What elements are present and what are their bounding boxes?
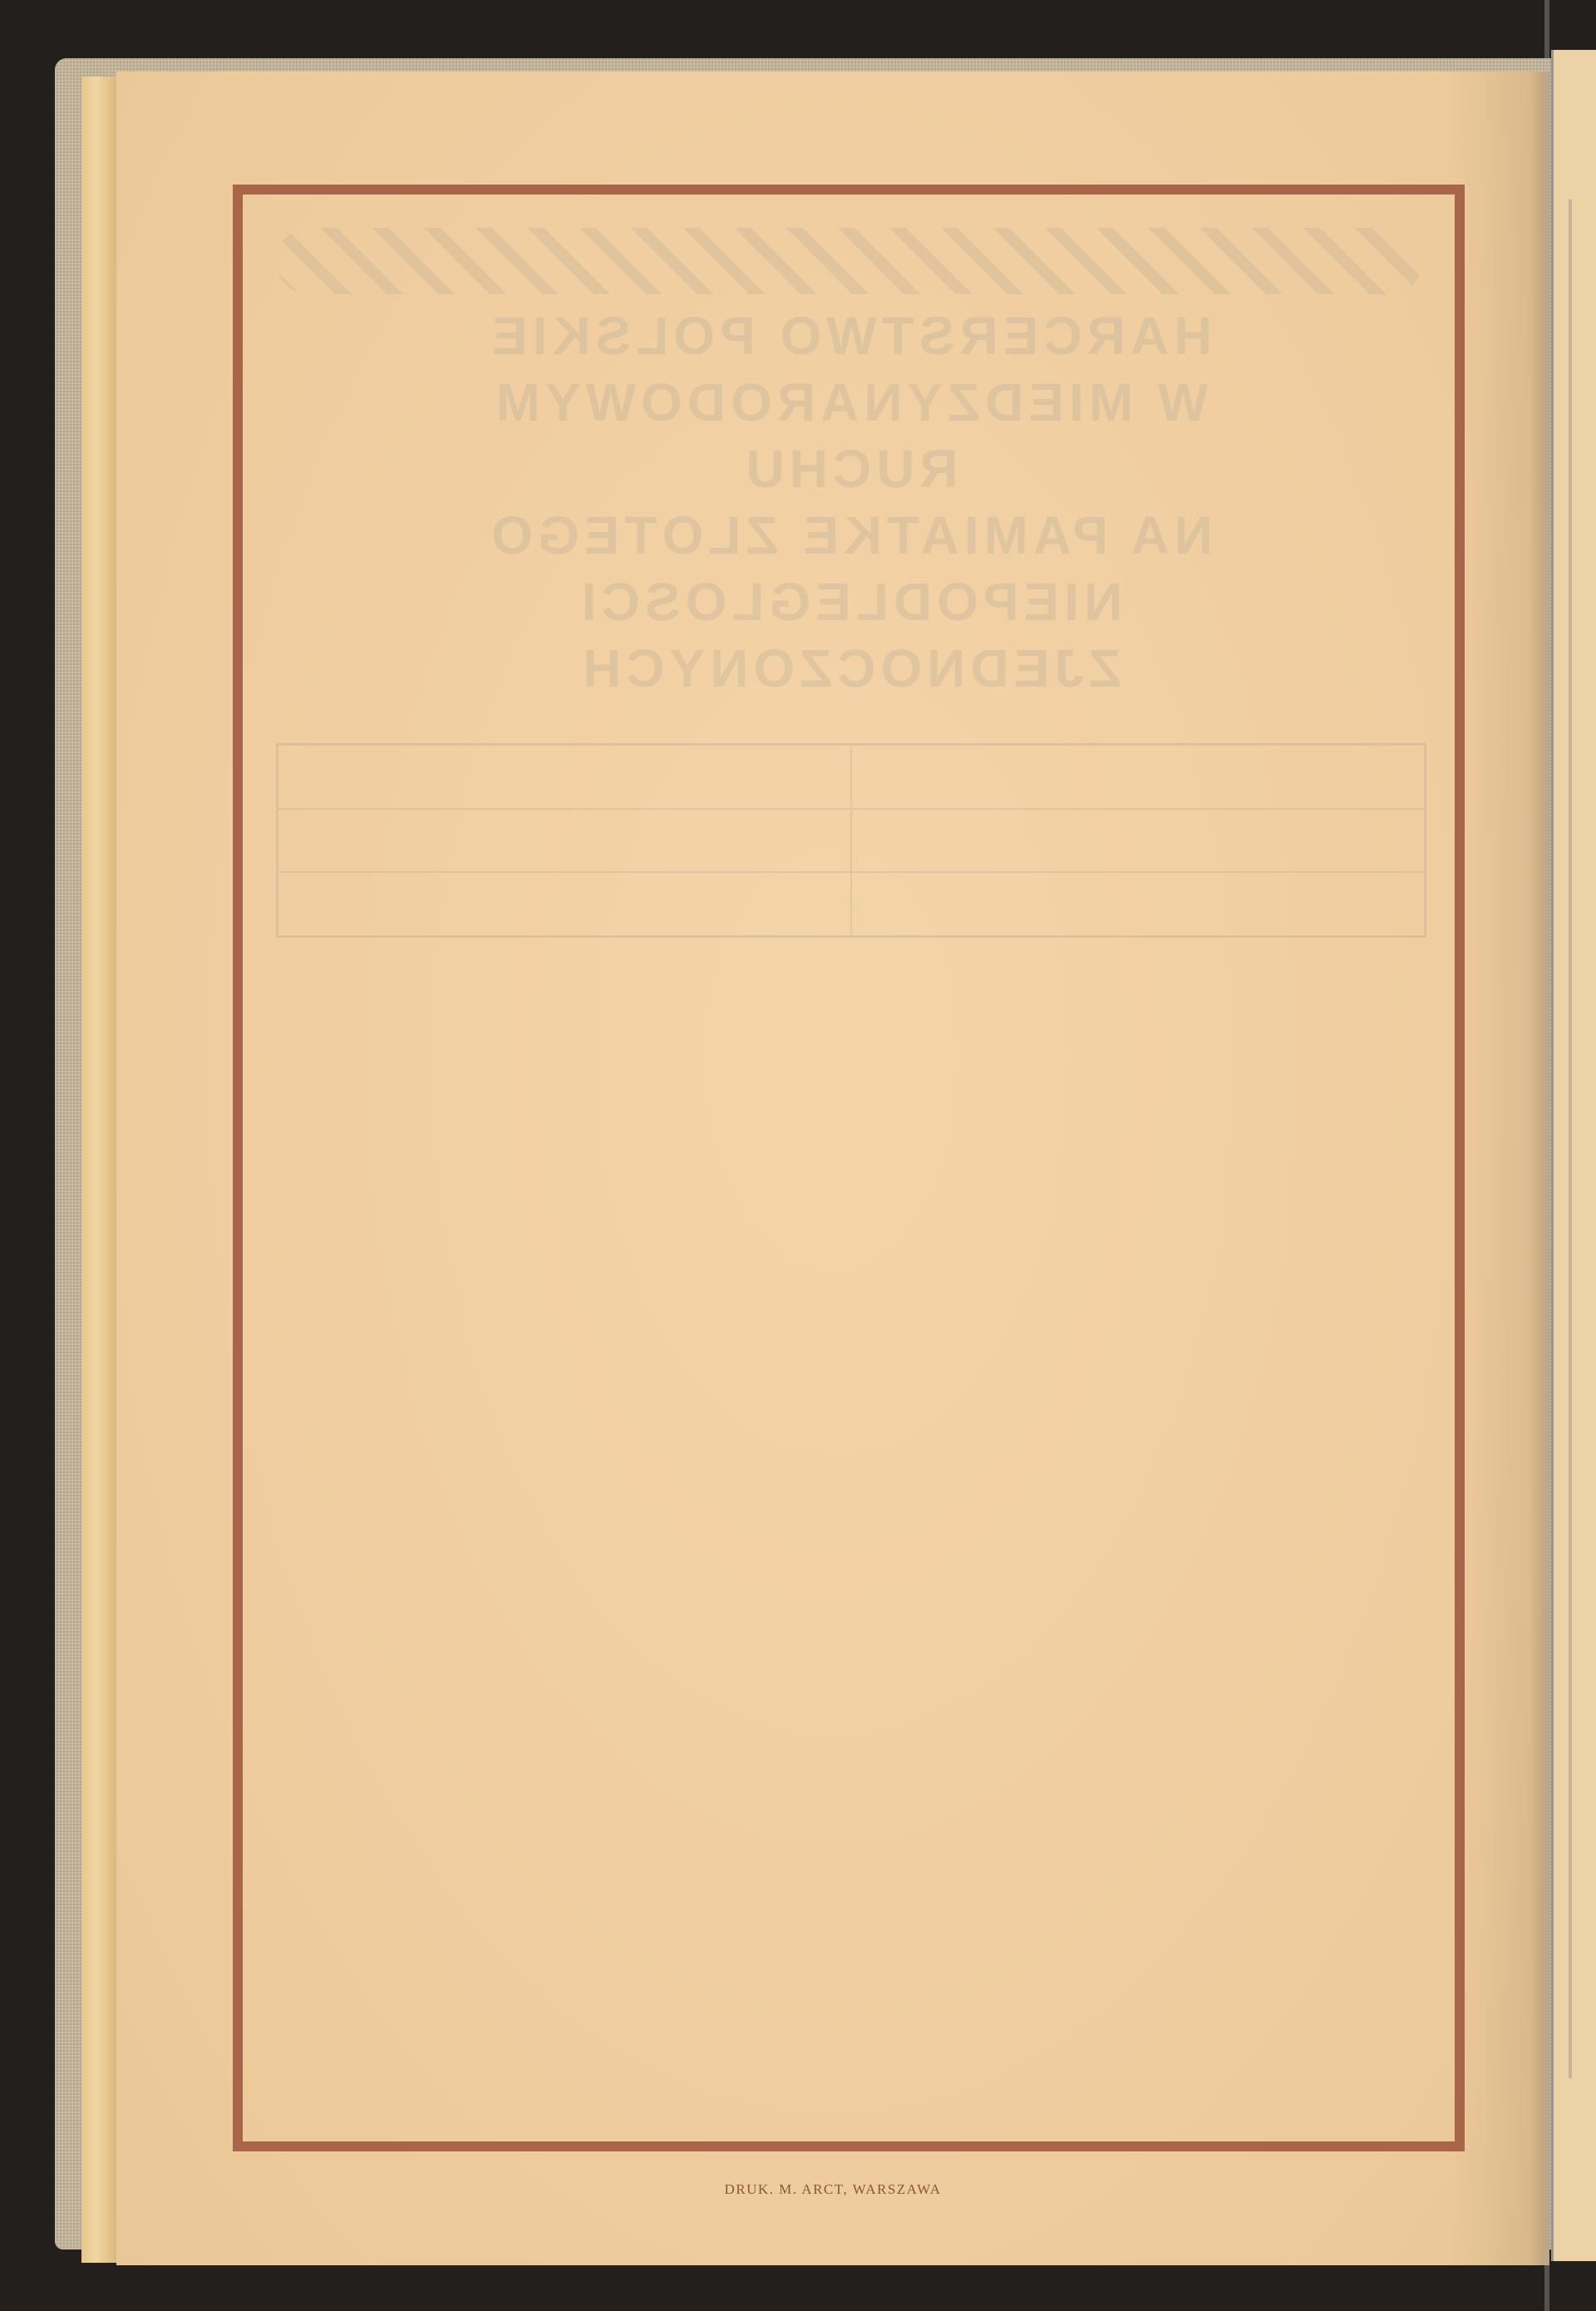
ornament-wave-top <box>276 228 1423 294</box>
ghost-line: HARCERSTWO POLSKIE <box>276 303 1423 369</box>
adjacent-page-strip <box>1551 50 1596 2261</box>
show-through-text: HARCERSTWO POLSKIE W MIEDZYNARODOWYM RUC… <box>276 219 1423 702</box>
ghost-line: NIEPODLEGLOSCI <box>276 569 1423 635</box>
book-page: HARCERSTWO POLSKIE W MIEDZYNARODOWYM RUC… <box>116 71 1549 2265</box>
ghost-line: RUCHU <box>276 436 1423 502</box>
gutter-shadow <box>1450 71 1549 2265</box>
printer-imprint: DRUK. M. ARCT, WARSZAWA <box>116 2181 1549 2198</box>
ghost-line: W MIEDZYNARODOWYM <box>276 369 1423 436</box>
ghost-line: ZJEDNOCZONYCH <box>276 635 1423 702</box>
show-through-table <box>276 743 1426 938</box>
ghost-line: NA PAMIATKE ZLOTEGO <box>276 502 1423 569</box>
page-block-edges <box>81 76 120 2263</box>
decorative-frame-border: HARCERSTWO POLSKIE W MIEDZYNARODOWYM RUC… <box>233 185 1465 2151</box>
scanner-glass-edge <box>1544 0 1549 2311</box>
adjacent-page-ornament <box>1569 200 1596 2078</box>
